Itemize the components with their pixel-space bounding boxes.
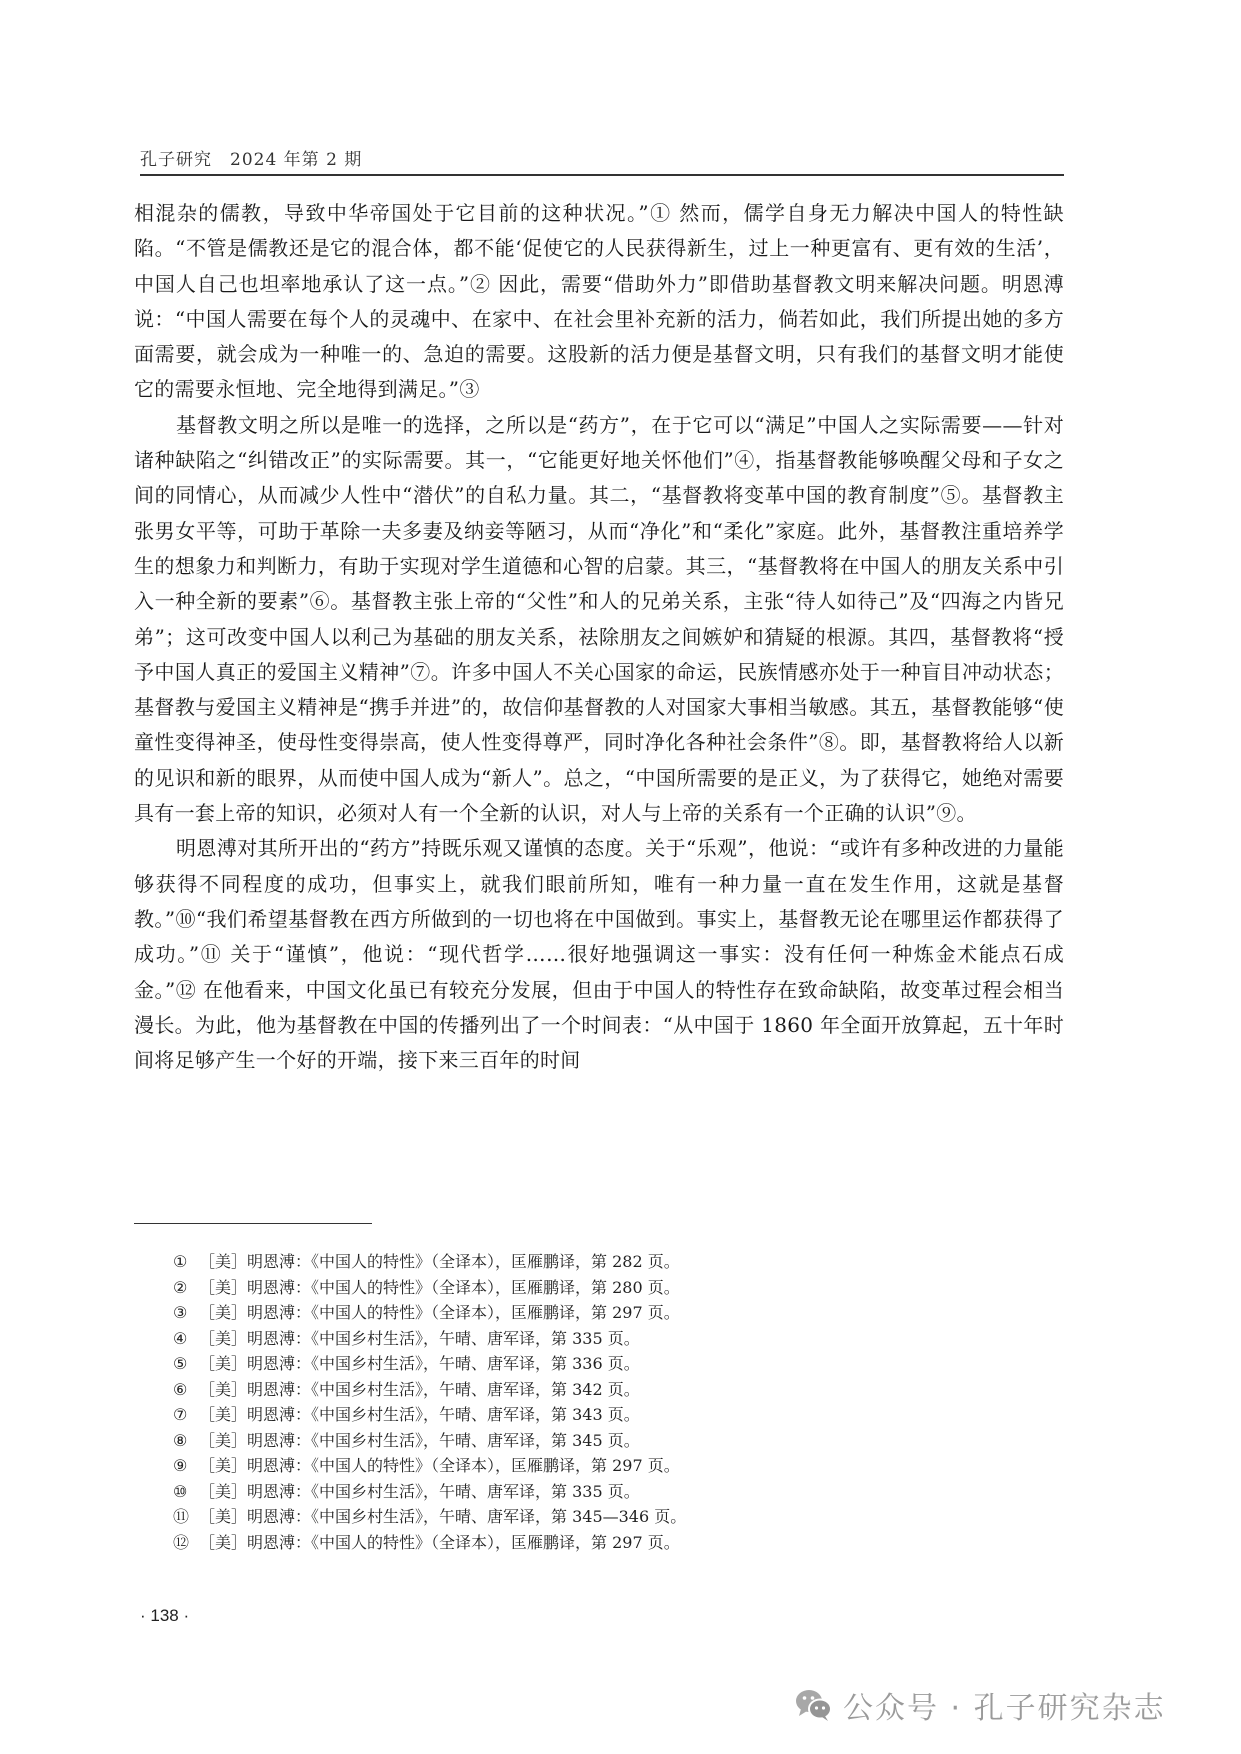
footnote-mark: ⑥ xyxy=(173,1377,199,1403)
running-header: 孔子研究2024 年第 2 期 xyxy=(140,150,1064,176)
wechat-icon xyxy=(795,1688,833,1722)
footnote-mark: ⑧ xyxy=(173,1428,199,1454)
footnote-item: ⑧［美］明恩溥：《中国乡村生活》，午晴、唐军译，第 345 页。 xyxy=(173,1428,873,1454)
article-body: 相混杂的儒教，导致中华帝国处于它目前的这种状况。”① 然而，儒学自身无力解决中国… xyxy=(134,196,1064,1078)
footnote-text: ［美］明恩溥：《中国人的特性》（全译本），匡雁鹏译，第 297 页。 xyxy=(199,1303,680,1322)
page-number: · 138 · xyxy=(140,1606,189,1626)
footnote-item: ①［美］明恩溥：《中国人的特性》（全译本），匡雁鹏译，第 282 页。 xyxy=(173,1249,873,1275)
paragraph: 明恩溥对其所开出的“药方”持既乐观又谨慎的态度。关于“乐观”，他说：“或许有多种… xyxy=(134,831,1064,1078)
watermark-text: 公众号 · 孔子研究杂志 xyxy=(843,1683,1166,1727)
footnote-item: ⑩［美］明恩溥：《中国乡村生活》，午晴、唐军译，第 335 页。 xyxy=(173,1479,873,1505)
footnote-mark: ④ xyxy=(173,1326,199,1352)
footnote-text: ［美］明恩溥：《中国人的特性》（全译本），匡雁鹏译，第 282 页。 xyxy=(199,1252,680,1271)
footnote-text: ［美］明恩溥：《中国人的特性》（全译本），匡雁鹏译，第 297 页。 xyxy=(199,1533,680,1552)
footnote-item: ②［美］明恩溥：《中国人的特性》（全译本），匡雁鹏译，第 280 页。 xyxy=(173,1275,873,1301)
paragraph: 基督教文明之所以是唯一的选择，之所以是“药方”，在于它可以“满足”中国人之实际需… xyxy=(134,408,1064,832)
footnotes: ①［美］明恩溥：《中国人的特性》（全译本），匡雁鹏译，第 282 页。 ②［美］… xyxy=(173,1249,873,1555)
footnote-text: ［美］明恩溥：《中国乡村生活》，午晴、唐军译，第 342 页。 xyxy=(199,1380,640,1399)
footnote-item: ④［美］明恩溥：《中国乡村生活》，午晴、唐军译，第 335 页。 xyxy=(173,1326,873,1352)
footnote-item: ⑨［美］明恩溥：《中国人的特性》（全译本），匡雁鹏译，第 297 页。 xyxy=(173,1453,873,1479)
footnote-mark: ⑩ xyxy=(173,1479,199,1505)
footnote-text: ［美］明恩溥：《中国乡村生活》，午晴、唐军译，第 335 页。 xyxy=(199,1329,640,1348)
footnote-text: ［美］明恩溥：《中国人的特性》（全译本），匡雁鹏译，第 280 页。 xyxy=(199,1278,680,1297)
footnote-mark: ⑪ xyxy=(173,1504,199,1530)
watermark: 公众号 · 孔子研究杂志 xyxy=(795,1683,1166,1727)
footnote-text: ［美］明恩溥：《中国乡村生活》，午晴、唐军译，第 345—346 页。 xyxy=(199,1507,686,1526)
footnote-mark: ⑫ xyxy=(173,1530,199,1556)
footnote-mark: ⑨ xyxy=(173,1453,199,1479)
journal-title: 孔子研究 xyxy=(140,150,212,170)
footnote-mark: ② xyxy=(173,1275,199,1301)
footnote-item: ③［美］明恩溥：《中国人的特性》（全译本），匡雁鹏译，第 297 页。 xyxy=(173,1300,873,1326)
journal-issue: 2024 年第 2 期 xyxy=(230,150,362,170)
footnote-item: ⑤［美］明恩溥：《中国乡村生活》，午晴、唐军译，第 336 页。 xyxy=(173,1351,873,1377)
footnote-text: ［美］明恩溥：《中国乡村生活》，午晴、唐军译，第 345 页。 xyxy=(199,1431,640,1450)
footnote-mark: ① xyxy=(173,1249,199,1275)
footnote-item: ⑦［美］明恩溥：《中国乡村生活》，午晴、唐军译，第 343 页。 xyxy=(173,1402,873,1428)
footnote-text: ［美］明恩溥：《中国乡村生活》，午晴、唐军译，第 343 页。 xyxy=(199,1405,640,1424)
footnote-mark: ⑤ xyxy=(173,1351,199,1377)
footnote-text: ［美］明恩溥：《中国乡村生活》，午晴、唐军译，第 335 页。 xyxy=(199,1482,640,1501)
footnote-divider xyxy=(134,1223,372,1224)
header-text: 孔子研究2024 年第 2 期 xyxy=(140,150,362,170)
footnote-mark: ③ xyxy=(173,1300,199,1326)
footnote-item: ⑥［美］明恩溥：《中国乡村生活》，午晴、唐军译，第 342 页。 xyxy=(173,1377,873,1403)
footnote-text: ［美］明恩溥：《中国乡村生活》，午晴、唐军译，第 336 页。 xyxy=(199,1354,640,1373)
footnote-mark: ⑦ xyxy=(173,1402,199,1428)
footnote-text: ［美］明恩溥：《中国人的特性》（全译本），匡雁鹏译，第 297 页。 xyxy=(199,1456,680,1475)
paragraph: 相混杂的儒教，导致中华帝国处于它目前的这种状况。”① 然而，儒学自身无力解决中国… xyxy=(134,196,1064,408)
footnote-item: ⑪［美］明恩溥：《中国乡村生活》，午晴、唐军译，第 345—346 页。 xyxy=(173,1504,873,1530)
footnote-item: ⑫［美］明恩溥：《中国人的特性》（全译本），匡雁鹏译，第 297 页。 xyxy=(173,1530,873,1556)
